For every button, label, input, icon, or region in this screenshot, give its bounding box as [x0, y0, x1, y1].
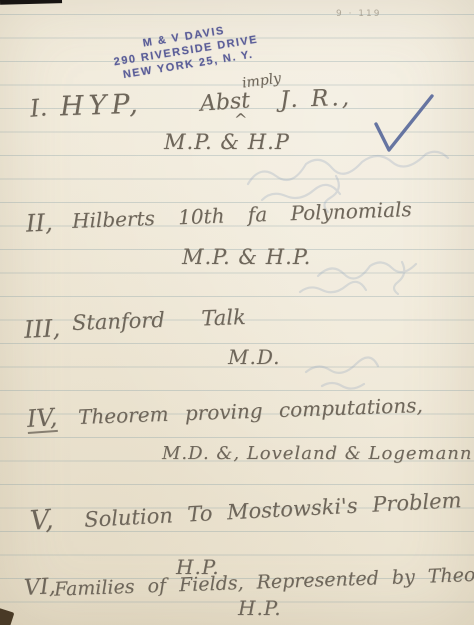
item-3-credits: M.D. [228, 347, 281, 367]
item-5-numeral: V, [29, 506, 54, 535]
item-1-caret: ^ [234, 112, 247, 128]
item-4-credits: M.D. &, Loveland & Logemann [162, 445, 472, 463]
notebook-page: 9 · 119 M & V DAVIS 290 RIVERSIDE DRIVE … [0, 0, 474, 625]
item-4-title: Theorem proving computations, [78, 395, 423, 427]
item-3-title: Stanford Talk [72, 307, 246, 334]
item-1-inserted-word: imply [241, 71, 282, 90]
item-6-credits: H.P. [238, 598, 282, 618]
checkmark-icon [366, 92, 438, 158]
item-1-names: J. R., [280, 87, 353, 112]
item-2-title: Hilberts 10th fa Polynomials [72, 199, 412, 231]
item-5-title: Solution To Mostowski's Problem [84, 490, 462, 531]
item-6-numeral: VI, [23, 576, 56, 600]
page-edge-mark-bottom [0, 608, 14, 625]
item-1-credits: M.P. & H.P [164, 132, 290, 153]
page-number-annotation: 9 · 119 [336, 9, 382, 19]
page-edge-mark-top [0, 0, 62, 5]
item-6-title: Families of Fields, Represented by Theor… [54, 565, 474, 599]
item-2-credits: M.P. & H.P. [182, 247, 311, 268]
item-4-numeral: IV, [26, 405, 58, 434]
item-1-title: HYP, [60, 91, 144, 121]
item-3-numeral: III, [23, 316, 60, 342]
item-2-numeral: II, [25, 210, 53, 235]
item-1-numeral: I. [29, 95, 48, 120]
